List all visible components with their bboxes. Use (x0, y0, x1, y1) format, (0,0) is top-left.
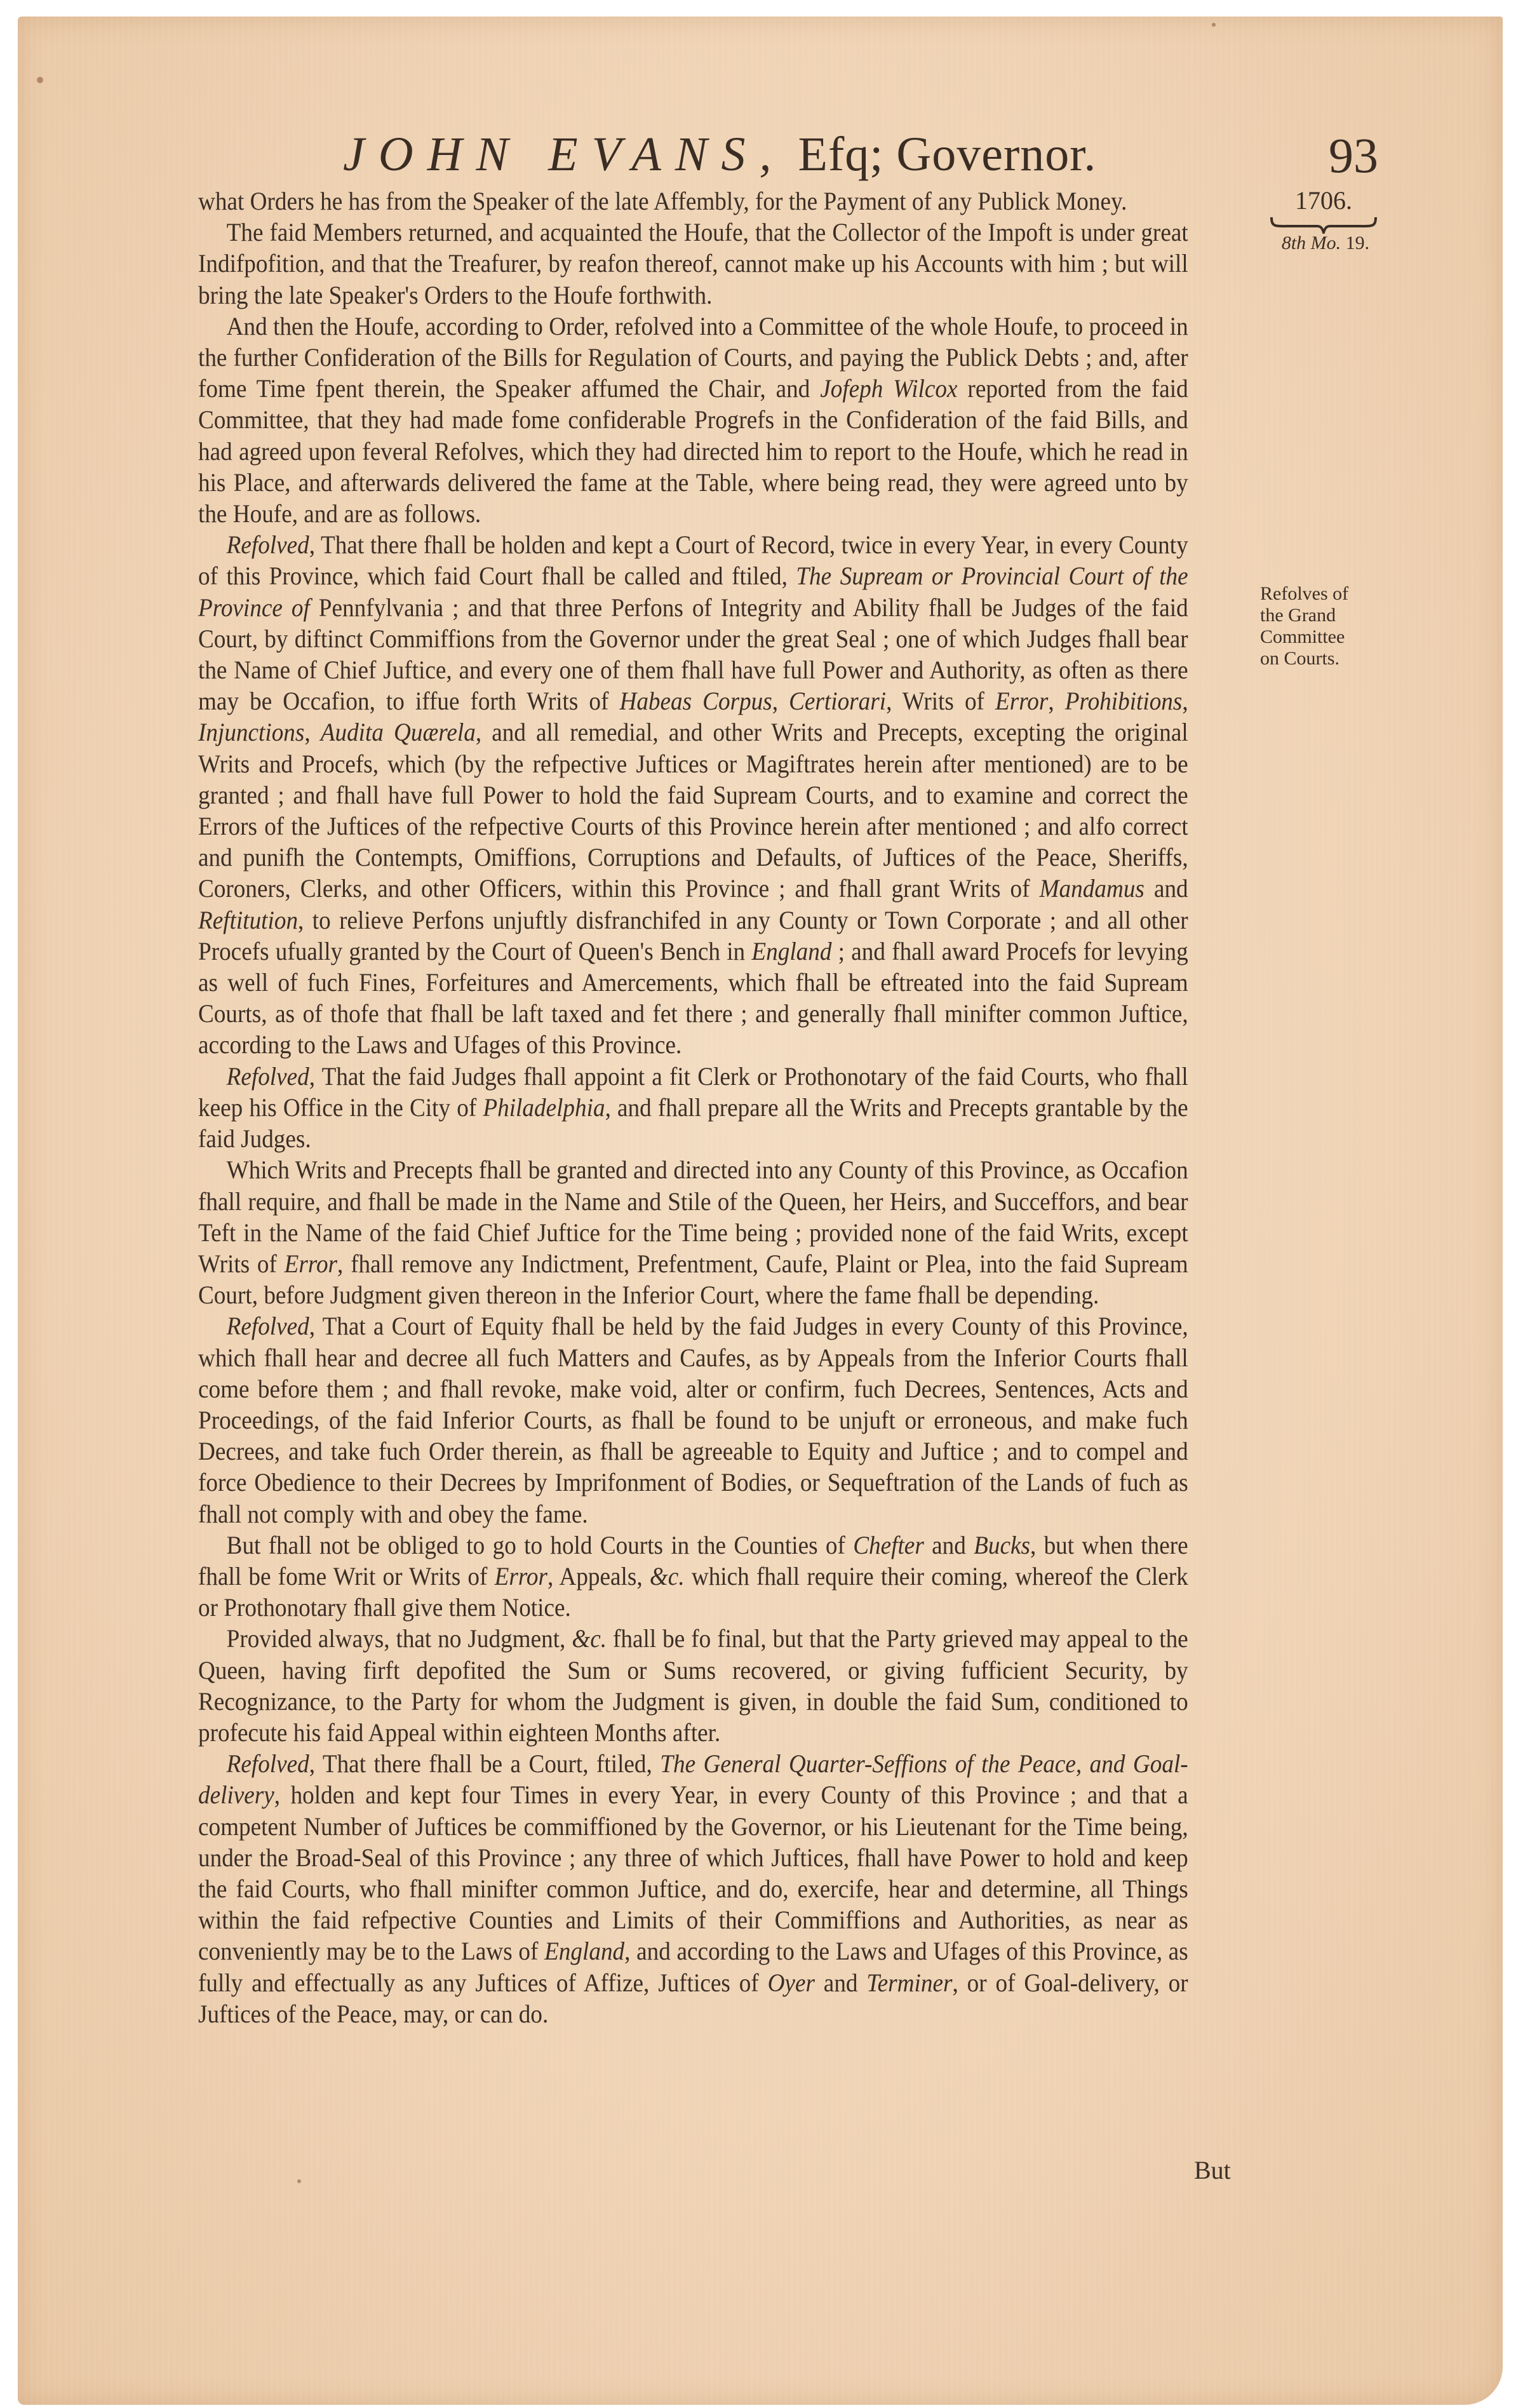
side-note-line: Committee (1260, 626, 1381, 648)
paragraph: Provided always, that no Judgment, &c. f… (198, 1623, 1188, 1748)
brace-icon (1266, 215, 1381, 234)
paragraph: Refolved, That a Court of Equity fhall b… (198, 1310, 1188, 1529)
side-note-line: Refolves of (1260, 583, 1381, 605)
page-number: 93 (1329, 127, 1378, 184)
margin-year: 1706. (1266, 185, 1381, 215)
paper-spot (37, 77, 43, 83)
page-header: JOHN EVANS, Efq; Governor. 93 (191, 121, 1385, 191)
side-note-line: on Courts. (1260, 648, 1381, 669)
margin-date-day: 19. (1341, 232, 1369, 253)
paragraph: And then the Houfe, according to Order, … (198, 311, 1188, 529)
paragraph: Refolved, That the faid Judges fhall app… (198, 1061, 1188, 1155)
paper-spot (297, 2179, 301, 2183)
margin-date-month: 8th Mo. (1282, 232, 1341, 253)
running-title-name: JOHN EVANS, (343, 128, 786, 181)
paragraph: Refolved, That there fhall be holden and… (198, 529, 1188, 1060)
side-note-resolves: Refolves of the Grand Committee on Court… (1260, 583, 1381, 669)
running-title-rest: Efq; Governor. (786, 128, 1097, 181)
body-text: what Orders he has from the Speaker of t… (198, 185, 1188, 2029)
side-note-line: the Grand (1260, 605, 1381, 626)
paragraph: The faid Members returned, and acquainte… (198, 217, 1188, 311)
margin-date: 8th Mo. 19. (1265, 232, 1386, 254)
paragraph: Refolved, That there fhall be a Court, f… (198, 1748, 1188, 2029)
paragraph: what Orders he has from the Speaker of t… (198, 185, 1188, 217)
catchword: But (1194, 2155, 1231, 2185)
paragraph: But fhall not be obliged to go to hold C… (198, 1530, 1188, 1624)
running-title: JOHN EVANS, Efq; Governor. (343, 127, 1096, 182)
paper-spot (1212, 23, 1216, 27)
paragraph: Which Writs and Precepts fhall be grante… (198, 1154, 1188, 1310)
